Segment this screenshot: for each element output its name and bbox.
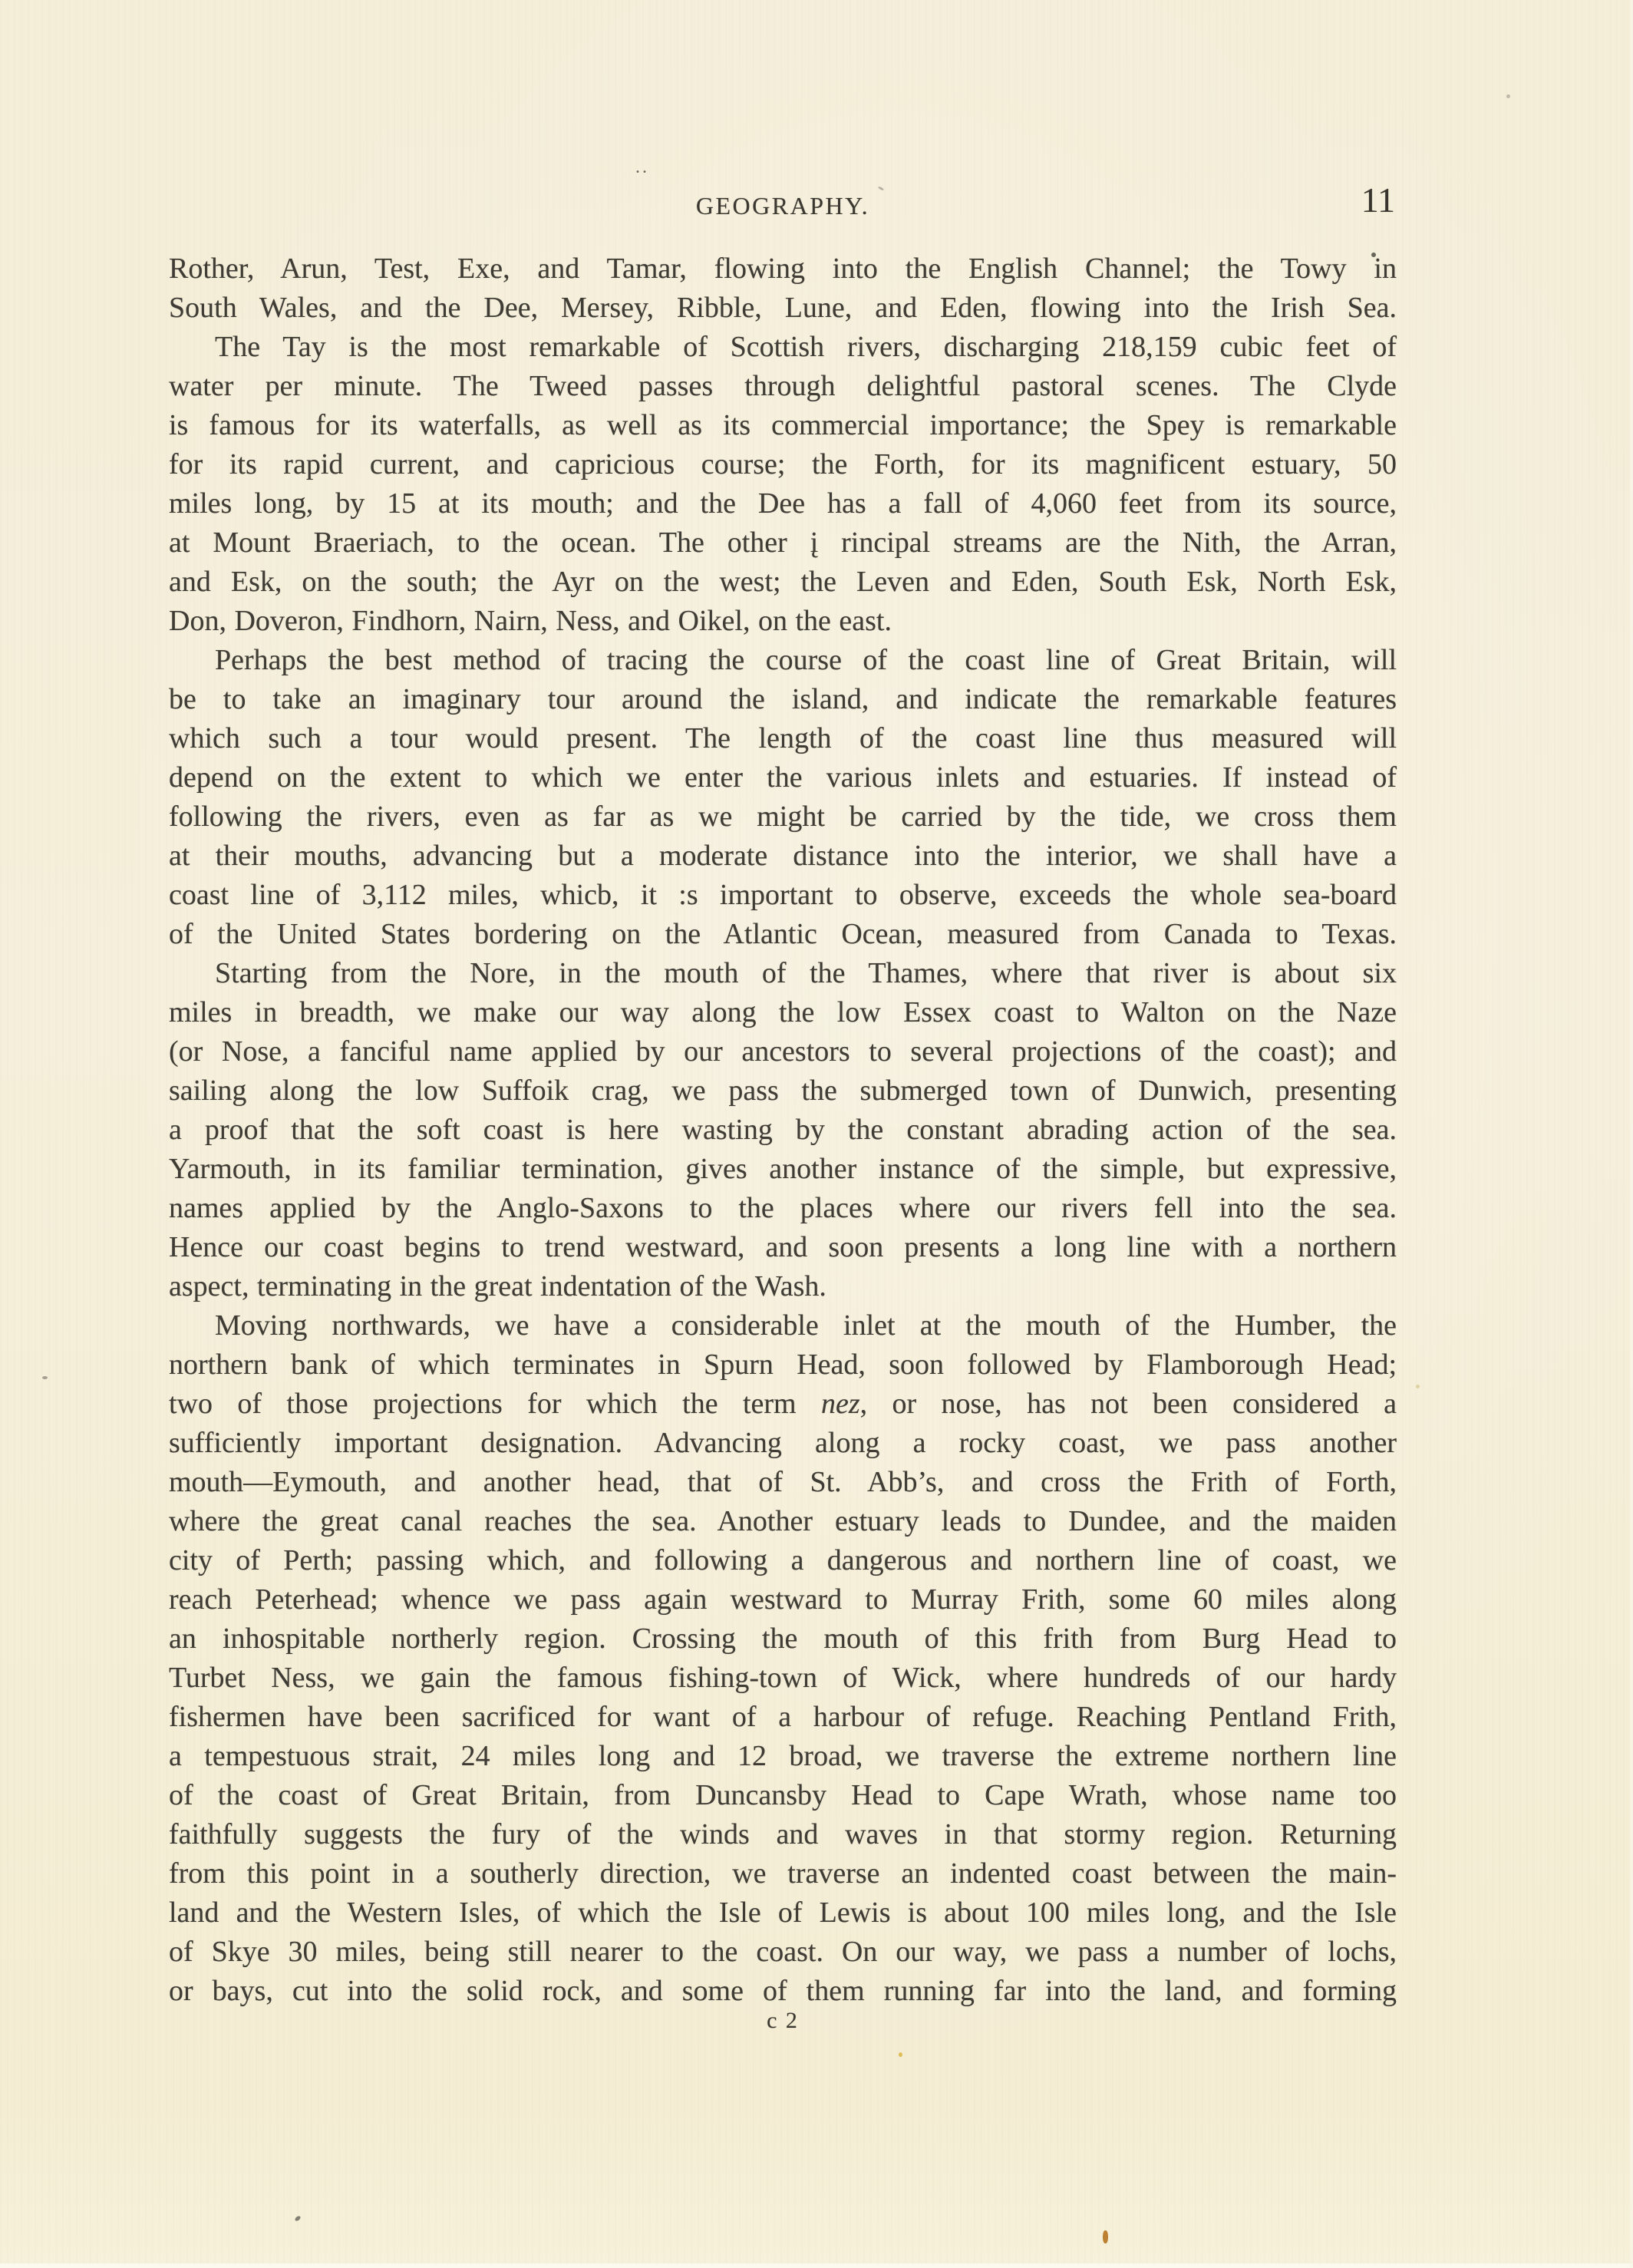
stain-speck <box>1103 2230 1108 2243</box>
signature-mark: c 2 <box>169 2008 1397 2034</box>
text-line: mouth—Eymouth, and another head, that of… <box>169 1463 1397 1502</box>
text-line: at their mouths, advancing but a moderat… <box>169 837 1397 876</box>
text-line: The Tay is the most remarkable of Scotti… <box>169 328 1397 367</box>
text-segment: two of those projections for which the t… <box>169 1388 821 1420</box>
text-line: sailing along the low Suffoik crag, we p… <box>169 1071 1397 1111</box>
text-line: a tempestuous strait, 24 miles long and … <box>169 1737 1397 1776</box>
text-line: depend on the extent to which we enter t… <box>169 758 1397 797</box>
text-line: land and the Western Isles, of which the… <box>169 1893 1397 1933</box>
text-line: Starting from the Nore, in the mouth of … <box>169 954 1397 993</box>
text-line: of the United States bordering on the At… <box>169 915 1397 954</box>
text-line: at Mount Braeriach, to the ocean. The ot… <box>169 523 1397 563</box>
text-line: and Esk, on the south; the Ayr on the we… <box>169 563 1397 602</box>
text-line: fishermen have been sacrificed for want … <box>169 1698 1397 1737</box>
text-line: city of Perth; passing which, and follow… <box>169 1541 1397 1580</box>
italic-term: nez <box>821 1388 860 1420</box>
text-line: of Skye 30 miles, being still nearer to … <box>169 1933 1397 1972</box>
text-line: Perhaps the best method of tracing the c… <box>169 641 1397 680</box>
text-line: Hence our coast begins to trend westward… <box>169 1228 1397 1267</box>
text-line: water per minute. The Tweed passes throu… <box>169 367 1397 406</box>
stain-speck <box>1416 1385 1420 1388</box>
text-line: aspect, terminating in the great indenta… <box>169 1267 1397 1306</box>
text-line: faithfully suggests the fury of the wind… <box>169 1815 1397 1854</box>
text-line: sufficiently important designation. Adva… <box>169 1424 1397 1463</box>
text-line: for its rapid current, and capricious co… <box>169 445 1397 484</box>
text-line: two of those projections for which the t… <box>169 1385 1397 1424</box>
text-line: where the great canal reaches the sea. A… <box>169 1502 1397 1541</box>
text-line: coast line of 3,112 miles, whicb, it :s … <box>169 876 1397 915</box>
text-line: miles in breadth, we make our way along … <box>169 993 1397 1032</box>
text-line: South Wales, and the Dee, Mersey, Ribble… <box>169 289 1397 328</box>
text-line: names applied by the Anglo-Saxons to the… <box>169 1189 1397 1228</box>
ink-speck <box>294 2215 301 2222</box>
ink-speck <box>1371 253 1376 257</box>
stain-speck <box>899 2052 902 2057</box>
book-page: .. GEOGRAPHY. 11 Rother, Arun, Test, Exe… <box>0 0 1633 2268</box>
text-line: Turbet Ness, we gain the famous fishing-… <box>169 1659 1397 1698</box>
text-line: miles long, by 15 at its mouth; and the … <box>169 484 1397 523</box>
text-line: following the rivers, even as far as we … <box>169 797 1397 837</box>
text-line: which such a tour would present. The len… <box>169 719 1397 758</box>
text-line: Don, Doveron, Findhorn, Nairn, Ness, and… <box>169 602 1397 641</box>
text-line: Moving northwards, we have a considerabl… <box>169 1306 1397 1345</box>
ink-speck <box>878 186 884 190</box>
text-line: or bays, cut into the solid rock, and so… <box>169 1972 1397 2011</box>
text-line: (or Nose, a fanciful name applied by our… <box>169 1032 1397 1071</box>
ink-speck <box>42 1376 48 1379</box>
text-line: be to take an imaginary tour around the … <box>169 680 1397 719</box>
text-segment: , or nose, has not been considered a <box>860 1388 1397 1420</box>
stray-ink-dots: .. <box>635 157 649 178</box>
page-number: 11 <box>1305 180 1395 220</box>
text-line: northern bank of which terminates in Spu… <box>169 1345 1397 1385</box>
text-line: from this point in a southerly direction… <box>169 1854 1397 1893</box>
page-bottom-edge <box>0 2263 1633 2268</box>
text-line: a proof that the soft coast is here wast… <box>169 1111 1397 1150</box>
text-line: reach Peterhead; whence we pass again we… <box>169 1580 1397 1619</box>
body-text: Rother, Arun, Test, Exe, and Tamar, flow… <box>169 249 1397 2011</box>
text-line: is famous for its waterfalls, as well as… <box>169 406 1397 445</box>
text-line: of the coast of Great Britain, from Dunc… <box>169 1776 1397 1815</box>
page-right-edge <box>1630 0 1633 2268</box>
running-title: GEOGRAPHY. <box>169 192 1397 220</box>
text-line: an inhospitable northerly region. Crossi… <box>169 1619 1397 1659</box>
ink-speck <box>1506 94 1510 98</box>
text-line: Rother, Arun, Test, Exe, and Tamar, flow… <box>169 249 1397 289</box>
text-line: Yarmouth, in its familiar termination, g… <box>169 1150 1397 1189</box>
